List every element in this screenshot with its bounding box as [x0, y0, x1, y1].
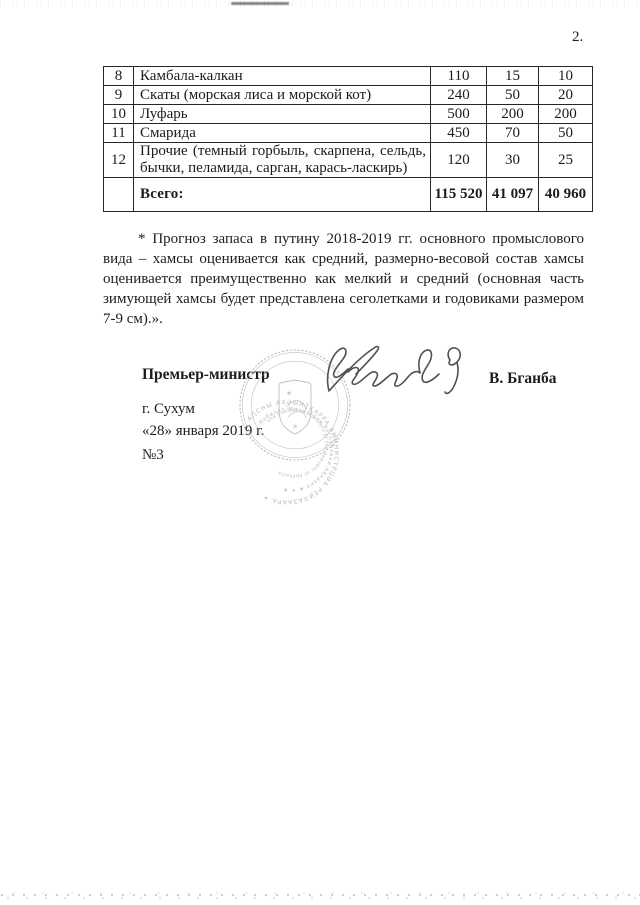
document-number: №3: [142, 447, 164, 464]
svg-text:АԤСНЫ АҲӘЫНҬҚАРРА АМИНИСТРЦӘА: АԤСНЫ АҲӘЫНҬҚАРРА АМИНИСТРЦӘА РЕИЛАЗААРА…: [246, 399, 340, 505]
cell-total-value: 41 097: [487, 178, 539, 212]
svg-text:The Cabinet of Ministers of th: The Cabinet of Ministers of the Republic…: [266, 408, 329, 479]
cell-value: 240: [431, 86, 487, 105]
seal-middle-text: Кабинет Министров Республики Абхазия ★ ✦…: [258, 406, 334, 492]
footnote-line: зимующей хамсы будет представлена сеголе…: [103, 289, 584, 309]
cell-row-number: 9: [104, 86, 134, 105]
cell-total-value: 40 960: [539, 178, 593, 212]
table-total-row: Всего: 115 520 41 097 40 960: [104, 178, 593, 212]
cell-value: 15: [487, 67, 539, 86]
signature-city: г. Сухум: [142, 401, 195, 418]
cell-empty: [104, 178, 134, 212]
table-row: 12 Прочие (темный горбыль, скарпена, сел…: [104, 143, 593, 178]
cell-row-number: 11: [104, 124, 134, 143]
scan-noise-top: [0, 0, 640, 7]
cell-value: 500: [431, 105, 487, 124]
signer-title: Премьер-министр: [142, 366, 270, 384]
footnote-paragraph: * Прогноз запаса в путину 2018-2019 гг. …: [103, 229, 584, 329]
cell-total-value: 115 520: [431, 178, 487, 212]
signer-name: В. Бганба: [489, 370, 557, 388]
svg-text:Кабинет Министров Республики А: Кабинет Министров Республики Абхазия ★ ✦…: [258, 406, 334, 492]
footnote-line: вида – хамсы оценивается как средний, ра…: [103, 249, 584, 269]
cell-species-name: Прочие (темный горбыль, скарпена, сельдь…: [134, 143, 431, 178]
signature-date: «28» января 2019 г.: [142, 423, 264, 440]
cell-species-name: Смарида: [134, 124, 431, 143]
scan-noise-bottom: [0, 888, 640, 900]
cell-value: 200: [539, 105, 593, 124]
cell-species-name: Скаты (морская лиса и морской кот): [134, 86, 431, 105]
cell-value: 70: [487, 124, 539, 143]
cell-value: 120: [431, 143, 487, 178]
table-row: 8 Камбала-калкан 110 15 10: [104, 67, 593, 86]
cell-value: 30: [487, 143, 539, 178]
svg-text:✳: ✳: [292, 423, 298, 431]
cell-value: 450: [431, 124, 487, 143]
cell-value: 50: [539, 124, 593, 143]
scan-smudge: [231, 2, 289, 5]
table-row: 10 Луфарь 500 200 200: [104, 105, 593, 124]
seal-outer-text: АԤСНЫ АҲӘЫНҬҚАРРА АМИНИСТРЦӘА РЕИЛАЗААРА…: [246, 399, 340, 505]
quota-table: 8 Камбала-калкан 110 15 10 9 Скаты (морс…: [103, 66, 593, 212]
cell-value: 25: [539, 143, 593, 178]
table-row: 9 Скаты (морская лиса и морской кот) 240…: [104, 86, 593, 105]
seal-inner-text: The Cabinet of Ministers of the Republic…: [266, 408, 329, 479]
cell-species-name: Камбала-калкан: [134, 67, 431, 86]
cell-row-number: 12: [104, 143, 134, 178]
document-page: 2. 8 Камбала-калкан 110 15 10 9 Скаты (м…: [0, 0, 640, 905]
cell-value: 200: [487, 105, 539, 124]
cell-value: 110: [431, 67, 487, 86]
cell-row-number: 8: [104, 67, 134, 86]
handwritten-signature: [328, 347, 461, 394]
cell-species-name: Луфарь: [134, 105, 431, 124]
cell-value: 10: [539, 67, 593, 86]
svg-text:✶: ✶: [286, 389, 293, 398]
table-row: 11 Смарида 450 70 50: [104, 124, 593, 143]
cell-value: 20: [539, 86, 593, 105]
cell-row-number: 10: [104, 105, 134, 124]
footnote-line: оценивается преимущественно как мелкий и…: [103, 269, 584, 289]
seal-shield-icon: ✶ ✳: [279, 380, 311, 434]
footnote-line: 7-9 см).».: [103, 309, 584, 329]
cell-value: 50: [487, 86, 539, 105]
footnote-line: * Прогноз запаса в путину 2018-2019 гг. …: [103, 229, 584, 249]
page-number: 2.: [572, 29, 583, 46]
cell-total-label: Всего:: [134, 178, 431, 212]
